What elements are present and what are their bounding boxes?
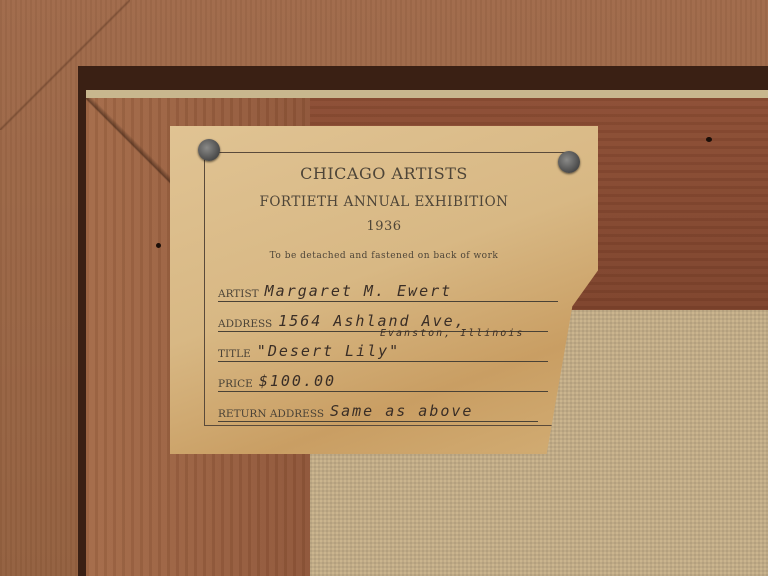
field-value: Same as above bbox=[330, 402, 473, 420]
field-label: PRICE bbox=[218, 378, 253, 390]
label-instruction: To be detached and fastened on back of w… bbox=[170, 251, 598, 261]
field-price: PRICE $100.00 bbox=[218, 372, 548, 390]
exhibition-label: CHICAGO ARTISTS FORTIETH ANNUAL EXHIBITI… bbox=[170, 126, 598, 454]
tack-icon bbox=[198, 139, 220, 161]
nail-hole bbox=[706, 137, 712, 142]
field-title: TITLE "Desert Lily" bbox=[218, 342, 548, 360]
label-subheading: FORTIETH ANNUAL EXHIBITION bbox=[170, 194, 598, 210]
nail-hole bbox=[156, 243, 161, 248]
field-label: RETURN ADDRESS bbox=[218, 408, 324, 420]
field-label: ARTIST bbox=[218, 288, 259, 300]
field-value: "Desert Lily" bbox=[257, 342, 400, 360]
label-year: 1936 bbox=[170, 219, 598, 234]
field-artist: ARTIST Margaret M. Ewert bbox=[218, 282, 558, 300]
field-value: $100.00 bbox=[259, 372, 336, 390]
field-label: ADDRESS bbox=[218, 318, 272, 330]
field-label: TITLE bbox=[218, 348, 251, 360]
field-value: Margaret M. Ewert bbox=[265, 282, 453, 300]
field-return-address: RETURN ADDRESS Same as above bbox=[218, 402, 538, 420]
field-value-line2: Evanston, Illinois bbox=[380, 328, 524, 339]
label-heading: CHICAGO ARTISTS bbox=[170, 164, 598, 183]
tack-icon bbox=[558, 151, 580, 173]
